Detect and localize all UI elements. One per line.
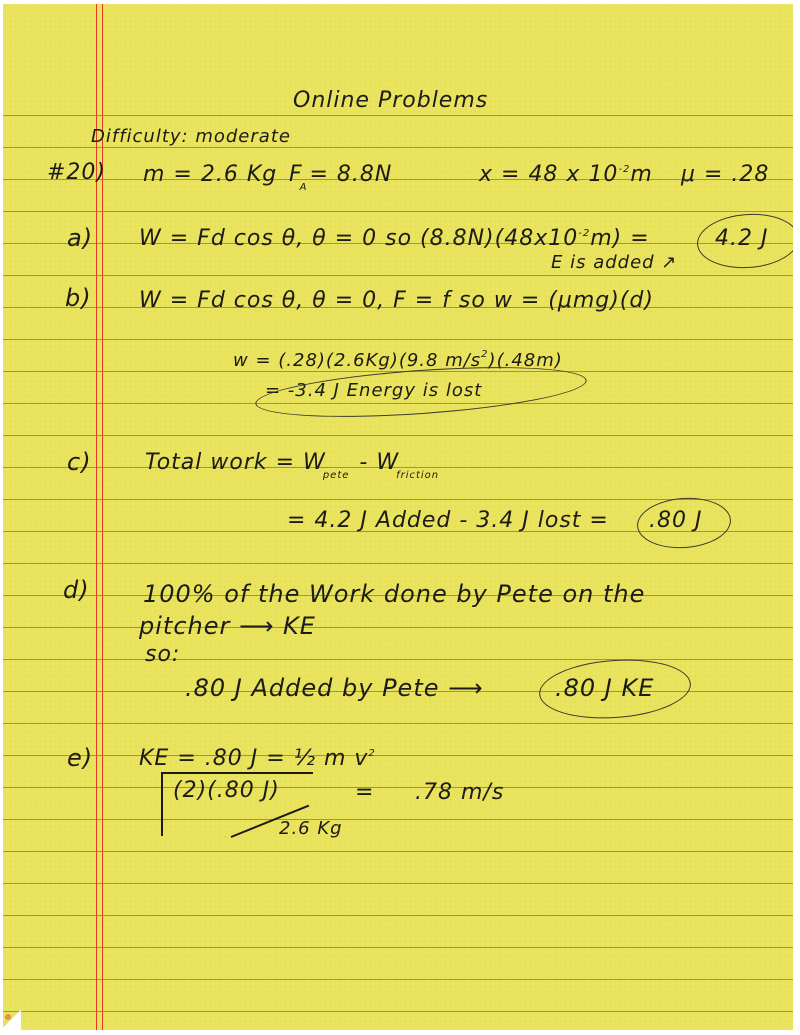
problem-number: #20) (47, 162, 106, 184)
distance-unit: m (630, 162, 652, 187)
force-subscript: A (300, 182, 308, 193)
page-title: Online Problems (293, 90, 488, 112)
rule-line (3, 627, 793, 628)
given-friction-coefficient: μ = .28 (681, 164, 769, 186)
rule-line (3, 947, 793, 948)
part-a-equation: W = Fd cos θ, θ = 0 so (8.8N)(48x10-2m) … (139, 228, 650, 250)
part-c-label: c) (67, 450, 92, 474)
part-d-statement-line2: pitcher ⟶ KE (139, 614, 316, 638)
rule-line (3, 1011, 793, 1012)
rule-line (3, 435, 793, 436)
rule-line (3, 819, 793, 820)
margin-line-left (96, 4, 97, 1030)
rule-line (3, 883, 793, 884)
rule-line (3, 275, 793, 276)
rule-line (3, 563, 793, 564)
part-e-denominator: 2.6 Kg (279, 820, 343, 838)
part-b-label: b) (65, 286, 92, 310)
part-e-equation: KE = .80 J = ½ m v2 (139, 748, 376, 770)
part-d-conclusion: .80 J Added by Pete ⟶ (185, 676, 484, 700)
rule-line (3, 211, 793, 212)
part-a-label: a) (67, 226, 93, 250)
given-distance: x = 48 x 10-2m (479, 164, 653, 186)
rule-line (3, 915, 793, 916)
margin-line-right (102, 4, 103, 1030)
rule-line (3, 787, 793, 788)
corner-mark (5, 1014, 11, 1020)
distance-exponent: -2 (618, 164, 630, 175)
rule-line (3, 339, 793, 340)
rule-line (3, 115, 793, 116)
part-d-statement-line1: 100% of the Work done by Pete on the (143, 582, 645, 606)
part-e-label: e) (67, 746, 93, 770)
part-a-note: E is added ↗ (551, 254, 677, 272)
part-e-result: .78 m/s (415, 782, 504, 804)
part-a-result-circle (695, 211, 793, 272)
part-c-result-circle (635, 495, 732, 551)
rule-line (3, 723, 793, 724)
given-applied-force: FA= 8.8N (289, 164, 392, 186)
part-c-calculation: = 4.2 J Added - 3.4 J lost = (287, 510, 609, 532)
rule-line (3, 851, 793, 852)
rule-line (3, 659, 793, 660)
rule-line (3, 179, 793, 180)
distance-value: x = 48 x 10 (479, 162, 618, 187)
rule-line (3, 755, 793, 756)
part-d-label: d) (63, 578, 90, 602)
part-e-numerator: (2)(.80 J) (173, 780, 280, 802)
legal-pad-page: Online Problems Difficulty: moderate #20… (3, 4, 793, 1030)
rule-line (3, 147, 793, 148)
given-mass: m = 2.6 Kg (143, 164, 277, 186)
part-d-so: so: (145, 644, 180, 666)
force-value: = 8.8N (310, 162, 393, 187)
part-d-result-circle (537, 655, 693, 723)
difficulty-label: Difficulty: moderate (91, 128, 291, 146)
part-c-equation: Total work = Wpete - Wfriction (145, 452, 441, 474)
part-b-equation: W = Fd cos θ, θ = 0, F = f so w = (μmg)(… (139, 290, 654, 312)
rule-line (3, 979, 793, 980)
part-e-equals: = (355, 782, 374, 804)
